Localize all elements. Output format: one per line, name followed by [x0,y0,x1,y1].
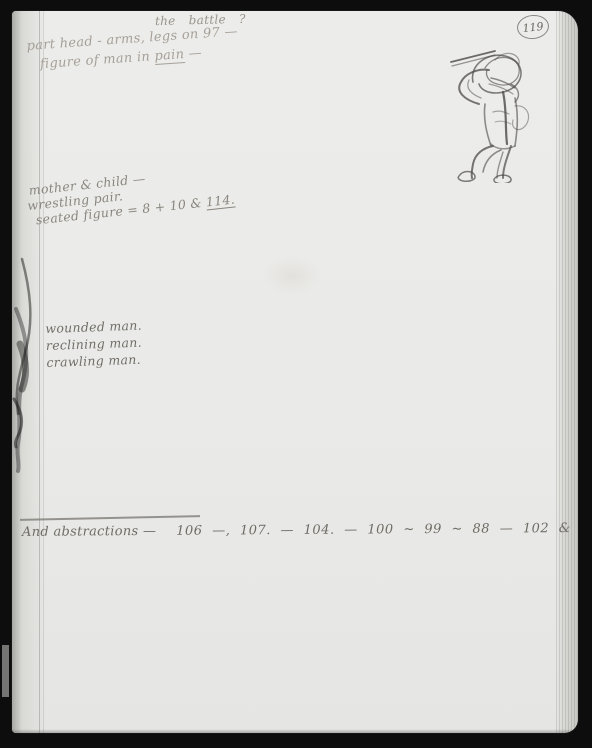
underlined-word: pain [154,47,185,65]
pencil-rule-line [20,515,200,521]
page-bottom-shadow [12,729,578,733]
paper-stain [262,256,322,296]
figure-list-line3: crawling man. [46,351,143,371]
figure-sketch [445,38,540,183]
abstractions-numbers: 106 —, 107. — 104. — 100 ~ 99 ~ 88 — 102… [176,521,578,539]
sketchbook-photo: 119 the battle ? part head - arms, legs … [0,0,592,748]
page-number-text: 119 [522,19,544,34]
figure-list-note: wounded man. reclining man. crawling man… [45,317,143,371]
page-number-circle: 119 [516,13,550,40]
gutter-smudge-drawing [12,249,42,479]
abstractions-label: And abstractions — [22,524,156,540]
top-note: part head - arms, legs on 97 — figure of… [26,22,240,75]
gutter-crease-line [43,11,44,733]
binding-notch [2,645,9,697]
abstractions-note: And abstractions — 106 —, 107. — 104. — … [22,521,562,540]
middle-note: mother & child — wrestling pair. seated … [28,162,236,228]
underlined-number: 114. [205,192,236,211]
stacked-page-edges [556,11,578,733]
sketchbook-page: 119 the battle ? part head - arms, legs … [12,11,578,733]
